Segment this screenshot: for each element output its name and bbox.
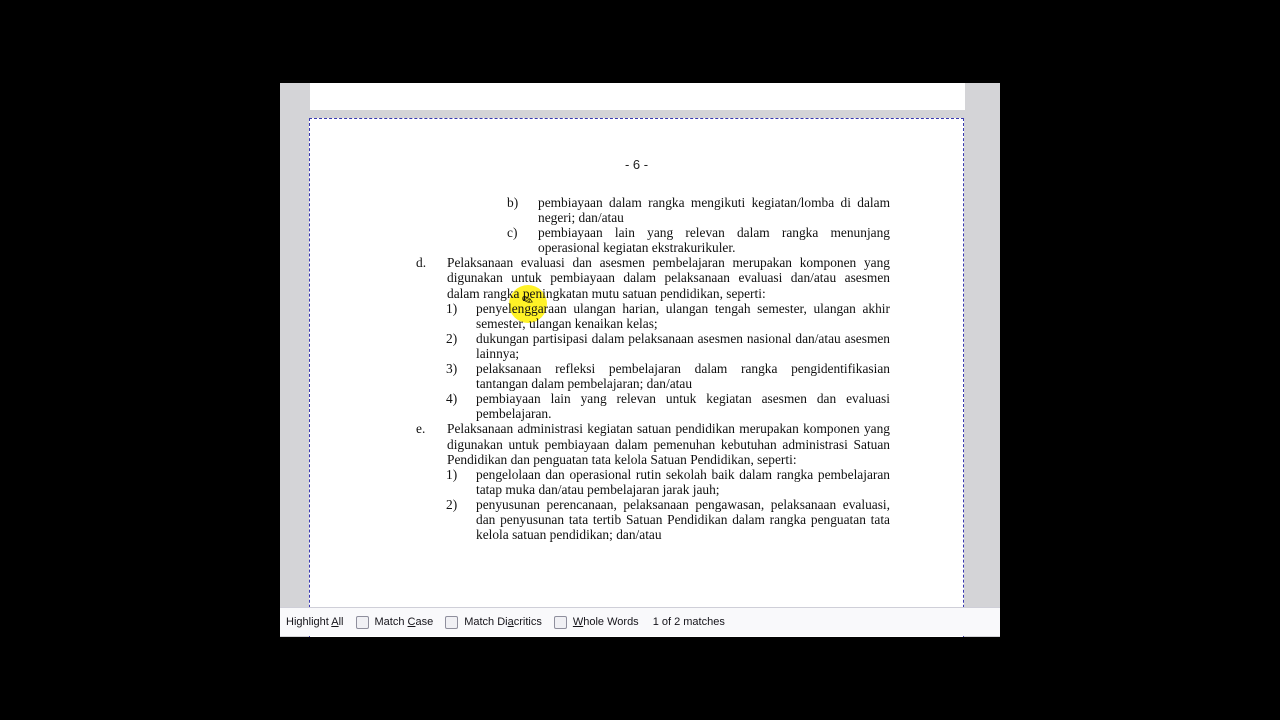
list-item: 2) penyusunan perencanaan, pelaksanaan p…: [446, 497, 890, 542]
list-marker: 1): [446, 301, 476, 331]
pdf-page-6[interactable]: - 6 - ✎ b) pembiayaan dalam rangka mengi…: [309, 118, 964, 637]
find-bar: Highlight All Match Case Match Diacritic…: [280, 607, 1000, 636]
list-item: b) pembiayaan dalam rangka mengikuti keg…: [507, 195, 890, 225]
list-text: Pelaksanaan administrasi kegiatan satuan…: [447, 421, 890, 466]
list-text: dukungan partisipasi dalam pelaksanaan a…: [476, 331, 890, 361]
list-marker: 1): [446, 467, 476, 497]
match-case-checkbox[interactable]: Match Case: [356, 616, 434, 629]
checkbox-icon[interactable]: [356, 616, 369, 629]
list-marker: c): [507, 225, 538, 255]
list-item: 1) pengelolaan dan operasional rutin sek…: [446, 467, 890, 497]
list-marker: 2): [446, 497, 476, 542]
page-content: b) pembiayaan dalam rangka mengikuti keg…: [446, 195, 890, 542]
checkbox-icon[interactable]: [554, 616, 567, 629]
list-marker: b): [507, 195, 538, 225]
list-item: 4) pembiayaan lain yang relevan untuk ke…: [446, 391, 890, 421]
list-item-d: d. Pelaksanaan evaluasi dan asesmen pemb…: [416, 255, 890, 300]
list-marker: e.: [416, 421, 447, 466]
list-text: pembiayaan lain yang relevan untuk kegia…: [476, 391, 890, 421]
pdf-viewer[interactable]: - 6 - ✎ b) pembiayaan dalam rangka mengi…: [280, 83, 1000, 637]
whole-words-checkbox[interactable]: Whole Words: [554, 616, 639, 629]
highlight-all-label: Highlight All: [286, 616, 344, 628]
list-text: pembiayaan lain yang relevan dalam rangk…: [538, 225, 890, 255]
list-text: Pelaksanaan evaluasi dan asesmen pembela…: [447, 255, 890, 300]
match-case-label: Match Case: [375, 616, 434, 628]
list-marker: 2): [446, 331, 476, 361]
list-marker: 3): [446, 361, 476, 391]
whole-words-label: Whole Words: [573, 616, 639, 628]
highlight-all-toggle[interactable]: Highlight All: [286, 616, 344, 628]
sublist-e: 1) pengelolaan dan operasional rutin sek…: [446, 467, 890, 542]
list-text: penyelenggaraan ulangan harian, ulangan …: [476, 301, 890, 331]
checkbox-icon[interactable]: [445, 616, 458, 629]
list-text: pelaksanaan refleksi pembelajaran dalam …: [476, 361, 890, 391]
list-text: penyusunan perencanaan, pelaksanaan peng…: [476, 497, 890, 542]
list-item: 1) penyelenggaraan ulangan harian, ulang…: [446, 301, 890, 331]
list-text: pembiayaan dalam rangka mengikuti kegiat…: [538, 195, 890, 225]
list-item: 2) dukungan partisipasi dalam pelaksanaa…: [446, 331, 890, 361]
list-item: c) pembiayaan lain yang relevan dalam ra…: [507, 225, 890, 255]
list-item: 3) pelaksanaan refleksi pembelajaran dal…: [446, 361, 890, 391]
match-diacritics-label: Match Diacritics: [464, 616, 542, 628]
list-text: pengelolaan dan operasional rutin sekola…: [476, 467, 890, 497]
sublist-d: 1) penyelenggaraan ulangan harian, ulang…: [446, 301, 890, 422]
match-diacritics-checkbox[interactable]: Match Diacritics: [445, 616, 542, 629]
list-marker: 4): [446, 391, 476, 421]
previous-page-bottom: [310, 83, 965, 110]
list-item-e: e. Pelaksanaan administrasi kegiatan sat…: [416, 421, 890, 466]
match-count: 1 of 2 matches: [653, 616, 725, 628]
list-marker: d.: [416, 255, 447, 300]
page-number: - 6 -: [310, 157, 963, 172]
